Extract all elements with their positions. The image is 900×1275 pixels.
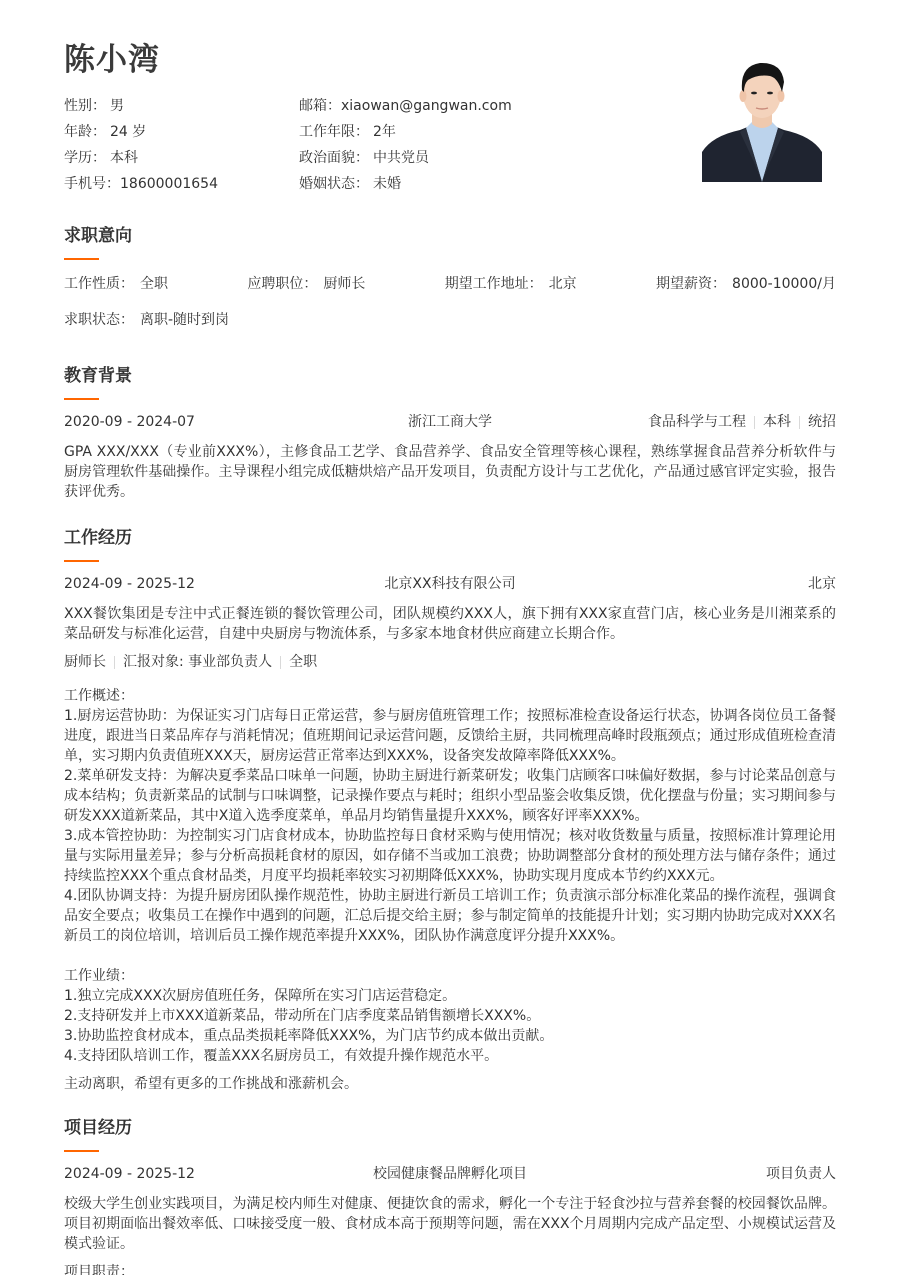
info-political-status: 政治面貌：中共党员 bbox=[299, 145, 679, 171]
intent-label: 期望薪资： bbox=[656, 276, 726, 292]
intent-status: 求职状态：离职-随时到岗 bbox=[64, 310, 836, 330]
info-label: 手机号： bbox=[64, 176, 120, 192]
education-degree: 本科 bbox=[763, 412, 791, 432]
info-age: 年龄：24 岁 bbox=[64, 119, 299, 145]
info-phone: 手机号：18600001654 bbox=[64, 171, 299, 197]
work-tag-report-to: 汇报对象: 事业部负责人 bbox=[123, 652, 272, 672]
achievements-title: 工作业绩： bbox=[64, 966, 836, 986]
section-title: 教育背景 bbox=[64, 364, 836, 388]
intent-value: 8000-10000/月 bbox=[732, 276, 836, 292]
separator bbox=[799, 416, 800, 429]
education-type: 统招 bbox=[808, 412, 836, 432]
info-label: 年龄： bbox=[64, 124, 106, 140]
section-underline bbox=[64, 1150, 99, 1152]
section-underline bbox=[64, 398, 99, 400]
overview-item: 2.菜单研发支持：为解决夏季菜品口味单一问题，协助主厨进行新菜研发；收集门店顾客… bbox=[64, 766, 836, 826]
info-row: 手机号：18600001654 婚姻状态：未婚 bbox=[64, 171, 684, 197]
work-tag-type: 全职 bbox=[289, 652, 317, 672]
work-entry-head: 2024-09 - 2025-12 北京XX科技有限公司 北京 bbox=[64, 574, 836, 594]
info-row: 学历：本科 政治面貌：中共党员 bbox=[64, 145, 684, 171]
overview-item: 1.厨房运营协助：为保证实习门店每日正常运营，参与厨房值班管理工作；按照标准检查… bbox=[64, 706, 836, 766]
section-job-intent: 求职意向 工作性质：全职 应聘职位：厨师长 期望工作地址：北京 期望薪资：800… bbox=[64, 224, 836, 330]
basic-info: 性别：男 邮箱：xiaowan@gangwan.com 年龄：24 岁 工作年限… bbox=[64, 93, 684, 197]
profile-photo bbox=[702, 52, 822, 182]
intent-label: 期望工作地址： bbox=[445, 276, 543, 292]
intent-value: 北京 bbox=[549, 276, 577, 292]
info-value: 24 岁 bbox=[110, 124, 146, 140]
section-title: 工作经历 bbox=[64, 526, 836, 550]
achievement-item: 2.支持研发并上市XXX道新菜品，带动所在门店季度菜品销售额增长XXX%。 bbox=[64, 1006, 836, 1026]
company-intro: XXX餐饮集团是专注中式正餐连锁的餐饮管理公司，团队规模约XXX人，旗下拥有XX… bbox=[64, 604, 836, 644]
info-value: 中共党员 bbox=[373, 150, 429, 166]
achievement-item: 3.协助监控食材成本，重点品类损耗率降低XXX%，为门店节约成本做出贡献。 bbox=[64, 1026, 836, 1046]
work-city: 北京 bbox=[579, 574, 836, 594]
intent-salary: 期望薪资：8000-10000/月 bbox=[656, 274, 836, 294]
info-value: 2年 bbox=[373, 124, 396, 140]
info-label: 学历： bbox=[64, 150, 106, 166]
info-label: 工作年限： bbox=[299, 124, 369, 140]
work-overview: 工作概述： 1.厨房运营协助：为保证实习门店每日正常运营，参与厨房值班管理工作；… bbox=[64, 686, 836, 1066]
section-project-experience: 项目经历 2024-09 - 2025-12 校园健康餐品牌孵化项目 项目负责人… bbox=[64, 1116, 836, 1275]
section-title: 项目经历 bbox=[64, 1116, 836, 1140]
info-value: 未婚 bbox=[373, 176, 401, 192]
info-value: 本科 bbox=[110, 150, 138, 166]
info-gender: 性别：男 bbox=[64, 93, 299, 119]
info-label: 政治面貌： bbox=[299, 150, 369, 166]
intent-value: 离职-随时到岗 bbox=[140, 312, 229, 328]
education-period: 2020-09 - 2024-07 bbox=[64, 412, 321, 432]
project-period: 2024-09 - 2025-12 bbox=[64, 1164, 321, 1184]
intent-label: 应聘职位： bbox=[247, 276, 317, 292]
education-school: 浙江工商大学 bbox=[321, 412, 579, 432]
work-tag-role: 厨师长 bbox=[64, 652, 106, 672]
portrait-icon bbox=[702, 52, 822, 182]
intent-value: 全职 bbox=[140, 276, 168, 292]
intent-location: 期望工作地址：北京 bbox=[445, 274, 577, 294]
education-meta: 食品科学与工程 本科 统招 bbox=[579, 412, 836, 432]
overview-item: 3.成本管控协助：为控制实习门店食材成本，协助监控每日食材采购与使用情况；核对收… bbox=[64, 826, 836, 886]
separator bbox=[754, 416, 755, 429]
achievement-item: 1.独立完成XXX次厨房值班任务，保障所在实习门店运营稳定。 bbox=[64, 986, 836, 1006]
work-tags: 厨师长 汇报对象: 事业部负责人 全职 bbox=[64, 652, 836, 672]
work-company: 北京XX科技有限公司 bbox=[321, 574, 579, 594]
education-description: GPA XXX/XXX（专业前XXX%），主修食品工艺学、食品营养学、食品安全管… bbox=[64, 442, 836, 502]
intent-label: 工作性质： bbox=[64, 276, 134, 292]
section-underline bbox=[64, 560, 99, 562]
intent-work-type: 工作性质：全职 bbox=[64, 274, 168, 294]
candidate-name: 陈小湾 bbox=[64, 40, 160, 80]
info-row: 性别：男 邮箱：xiaowan@gangwan.com bbox=[64, 93, 684, 119]
project-role: 项目负责人 bbox=[579, 1164, 836, 1184]
achievement-item: 4.支持团队培训工作，覆盖XXX名厨房员工，有效提升操作规范水平。 bbox=[64, 1046, 836, 1066]
project-description: 校级大学生创业实践项目，为满足校内师生对健康、便捷饮食的需求，孵化一个专注于轻食… bbox=[64, 1194, 836, 1254]
info-value: 18600001654 bbox=[120, 176, 218, 192]
info-label: 性别： bbox=[64, 98, 106, 114]
education-major: 食品科学与工程 bbox=[648, 412, 746, 432]
work-period: 2024-09 - 2025-12 bbox=[64, 574, 321, 594]
info-email: 邮箱：xiaowan@gangwan.com bbox=[299, 93, 679, 119]
overview-title: 工作概述： bbox=[64, 686, 836, 706]
info-value: xiaowan@gangwan.com bbox=[341, 98, 512, 114]
info-label: 婚姻状态： bbox=[299, 176, 369, 192]
project-entry-head: 2024-09 - 2025-12 校园健康餐品牌孵化项目 项目负责人 bbox=[64, 1164, 836, 1184]
project-name: 校园健康餐品牌孵化项目 bbox=[321, 1164, 579, 1184]
info-value: 男 bbox=[110, 98, 124, 114]
info-marital-status: 婚姻状态：未婚 bbox=[299, 171, 679, 197]
project-duties-title: 项目职责： bbox=[64, 1262, 836, 1275]
info-row: 年龄：24 岁 工作年限：2年 bbox=[64, 119, 684, 145]
section-underline bbox=[64, 258, 99, 260]
info-education: 学历：本科 bbox=[64, 145, 299, 171]
separator bbox=[114, 656, 115, 669]
intent-value: 厨师长 bbox=[323, 276, 365, 292]
education-entry-head: 2020-09 - 2024-07 浙江工商大学 食品科学与工程 本科 统招 bbox=[64, 412, 836, 432]
spacer bbox=[64, 946, 836, 966]
intent-position: 应聘职位：厨师长 bbox=[247, 274, 365, 294]
section-work-experience: 工作经历 2024-09 - 2025-12 北京XX科技有限公司 北京 XXX… bbox=[64, 526, 836, 1094]
leave-reason: 主动离职，希望有更多的工作挑战和涨薪机会。 bbox=[64, 1074, 836, 1094]
intent-label: 求职状态： bbox=[64, 312, 134, 328]
section-title: 求职意向 bbox=[64, 224, 836, 248]
overview-item: 4.团队协调支持：为提升厨房团队操作规范性，协助主厨进行新员工培训工作；负责演示… bbox=[64, 886, 836, 946]
section-education: 教育背景 2020-09 - 2024-07 浙江工商大学 食品科学与工程 本科… bbox=[64, 364, 836, 502]
info-label: 邮箱： bbox=[299, 98, 341, 114]
separator bbox=[280, 656, 281, 669]
intent-row: 工作性质：全职 应聘职位：厨师长 期望工作地址：北京 期望薪资：8000-100… bbox=[64, 274, 836, 294]
info-work-years: 工作年限：2年 bbox=[299, 119, 679, 145]
